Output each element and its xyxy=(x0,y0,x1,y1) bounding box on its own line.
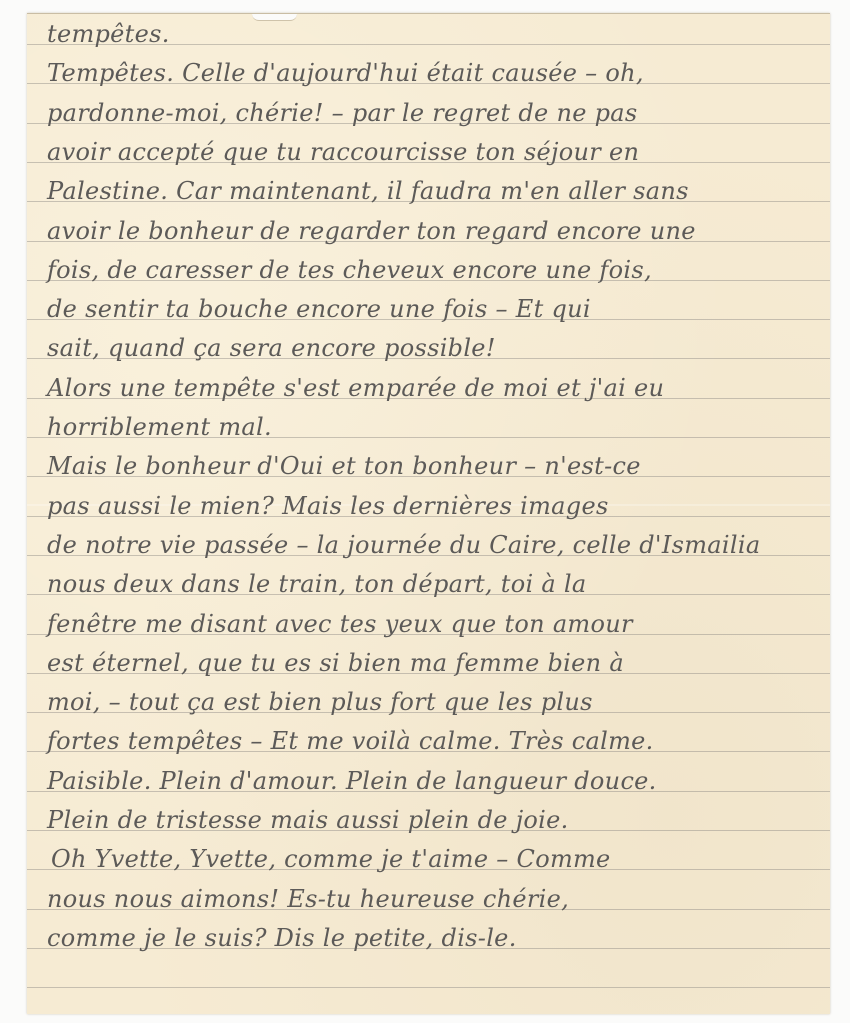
letter-line: pardonne-moi, chérie! – par le regret de… xyxy=(47,101,638,125)
letter-line: est éternel, que tu es si bien ma femme … xyxy=(47,651,624,675)
letter-line: Oh Yvette, Yvette, comme je t'aime – Com… xyxy=(51,847,611,871)
letter-line: Tempêtes. Celle d'aujourd'hui était caus… xyxy=(47,61,644,85)
letter-line: fortes tempêtes – Et me voilà calme. Trè… xyxy=(47,729,654,753)
letter-line: Alors une tempête s'est emparée de moi e… xyxy=(47,376,664,400)
letter-line: horriblement mal. xyxy=(47,415,272,439)
letter-line: sait, quand ça sera encore possible! xyxy=(47,336,496,360)
letter-line: comme je le suis? Dis le petite, dis-le. xyxy=(47,926,517,950)
letter-line: avoir accepté que tu raccourcisse ton sé… xyxy=(47,140,639,164)
letter-line: nous deux dans le train, ton départ, toi… xyxy=(47,572,587,596)
letter-line: Plein de tristesse mais aussi plein de j… xyxy=(47,808,569,832)
letter-line: fenêtre me disant avec tes yeux que ton … xyxy=(47,612,633,636)
ruled-line xyxy=(27,987,830,988)
letter-line: tempêtes. xyxy=(47,22,170,46)
letter-line: Mais le bonheur d'Oui et ton bonheur – n… xyxy=(47,454,641,478)
letter-line: de notre vie passée – la journée du Cair… xyxy=(47,533,760,557)
letter-line: nous nous aimons! Es-tu heureuse chérie, xyxy=(47,887,569,911)
letter-line: pas aussi le mien? Mais les dernières im… xyxy=(47,494,609,518)
letter-line: moi, – tout ça est bien plus fort que le… xyxy=(47,690,593,714)
letter-page: tempêtes. Tempêtes. Celle d'aujourd'hui … xyxy=(27,13,830,1014)
letter-line: Paisible. Plein d'amour. Plein de langue… xyxy=(47,769,657,793)
letter-line: avoir le bonheur de regarder ton regard … xyxy=(47,219,696,243)
torn-edge-notch xyxy=(252,14,297,21)
letter-line: de sentir ta bouche encore une fois – Et… xyxy=(47,297,591,321)
letter-line: fois, de caresser de tes cheveux encore … xyxy=(47,258,652,282)
letter-line: Palestine. Car maintenant, il faudra m'e… xyxy=(47,179,689,203)
